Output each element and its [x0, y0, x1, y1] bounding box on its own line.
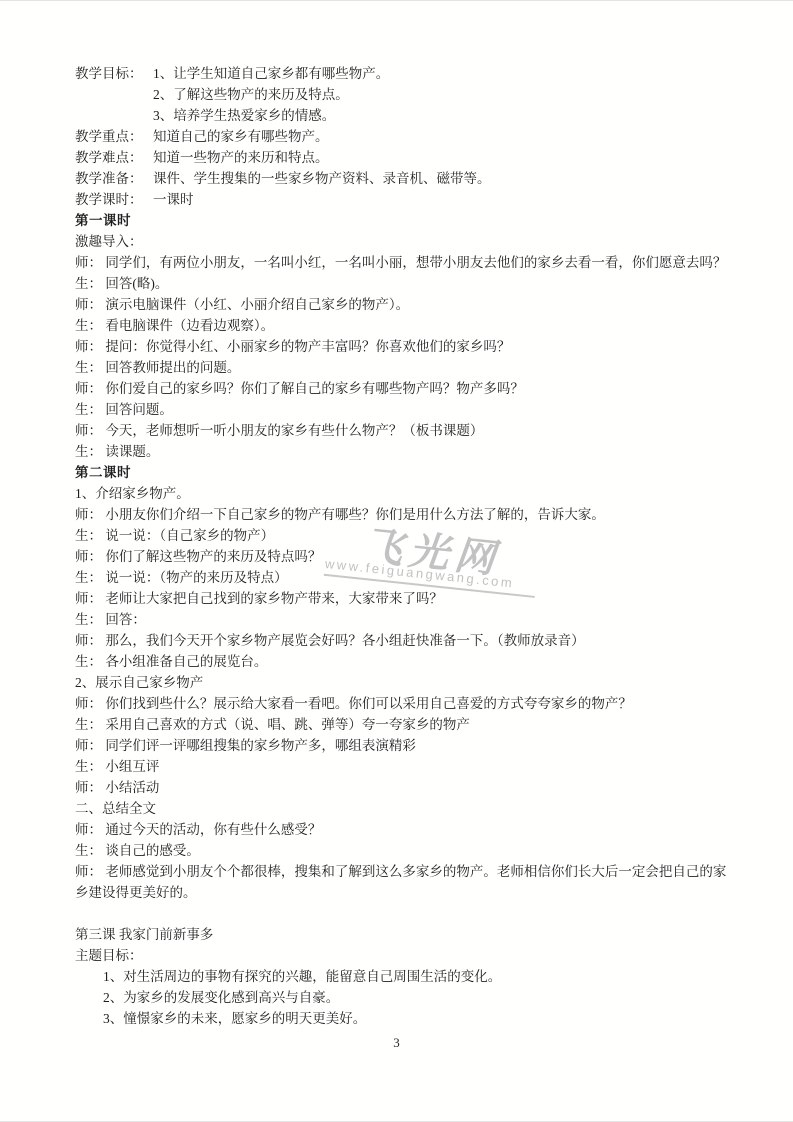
doc-line: 师： 同学们评一评哪组搜集的家乡物产多，哪组表演精彩: [75, 735, 737, 756]
doc-line: 教学课时：一课时: [75, 189, 737, 210]
doc-line: 生： 采用自己喜欢的方式（说、唱、跳、弹等）夸一夸家乡的物产: [75, 714, 737, 735]
field-label: [75, 105, 153, 126]
field-label: 教学课时：: [75, 189, 153, 210]
doc-line: 生： 说一说：（物产的来历及特点）: [75, 567, 737, 588]
doc-line: 教学准备：课件、学生搜集的一些家乡物产资料、录音机、磁带等。: [75, 168, 737, 189]
doc-line: 第三课 我家门前新事多: [75, 924, 737, 945]
doc-line: 2、了解这些物产的来历及特点。: [75, 84, 737, 105]
doc-line: 生： 谈自己的感受。: [75, 840, 737, 861]
doc-blank-line: [75, 903, 737, 924]
field-value: 知道一些物产的来历和特点。: [153, 147, 737, 168]
field-value: 知道自己的家乡有哪些物产。: [153, 126, 737, 147]
doc-line: 生： 各小组准备自己的展览台。: [75, 651, 737, 672]
field-label: [75, 84, 153, 105]
field-value: 1、让学生知道自己家乡都有哪些物产。: [153, 63, 737, 84]
doc-line: 师： 那么，我们今天开个家乡物产展览会好吗？各小组赶快准备一下。（教师放录音）: [75, 630, 737, 651]
doc-line: 师： 老师感觉到小朋友个个都很棒，搜集和了解到这么多家乡的物产。老师相信你们长大…: [75, 861, 737, 903]
doc-line: 师： 今天，老师想听一听小朋友的家乡有些什么物产？（板书课题）: [75, 420, 737, 441]
field-label: 教学准备：: [75, 168, 153, 189]
doc-line: 师： 你们爱自己的家乡吗？你们了解自己的家乡有哪些物产吗？物产多吗？: [75, 378, 737, 399]
doc-line: 生： 回答问题。: [75, 399, 737, 420]
doc-line: 2、展示自己家乡物产: [75, 672, 737, 693]
doc-line: 生： 说一说：（自己家乡的物产）: [75, 525, 737, 546]
doc-line: 师： 你们了解这些物产的来历及特点吗？: [75, 546, 737, 567]
doc-line: 生： 回答：: [75, 609, 737, 630]
doc-line: 1、对生活周边的事物有探究的兴趣，能留意自己周围生活的变化。: [75, 966, 737, 987]
doc-line: 生： 回答(略)。: [75, 273, 737, 294]
doc-line: 生： 看电脑课件（边看边观察）。: [75, 315, 737, 336]
field-label: 教学难点：: [75, 147, 153, 168]
doc-line: 教学难点：知道一些物产的来历和特点。: [75, 147, 737, 168]
doc-line: 3、培养学生热爱家乡的情感。: [75, 105, 737, 126]
doc-heading: 第一课时: [75, 210, 737, 231]
page-number: 3: [0, 1035, 793, 1051]
field-label: 教学目标：: [75, 63, 153, 84]
field-value: 2、了解这些物产的来历及特点。: [153, 84, 737, 105]
doc-line: 生： 回答教师提出的问题。: [75, 357, 737, 378]
doc-line: 教学目标：1、让学生知道自己家乡都有哪些物产。: [75, 63, 737, 84]
doc-line: 教学重点：知道自己的家乡有哪些物产。: [75, 126, 737, 147]
doc-line: 激趣导入：: [75, 231, 737, 252]
document-page: 飞光网 www.feiguangwang.com 教学目标：1、让学生知道自己家…: [0, 0, 793, 1122]
field-value: 3、培养学生热爱家乡的情感。: [153, 105, 737, 126]
doc-line: 1、介绍家乡物产。: [75, 483, 737, 504]
doc-line: 生： 小组互评: [75, 756, 737, 777]
doc-line: 3、憧憬家乡的未来，愿家乡的明天更美好。: [75, 1008, 737, 1029]
doc-line: 生： 读课题。: [75, 441, 737, 462]
doc-line: 主题目标：: [75, 945, 737, 966]
doc-line: 师： 演示电脑课件（小红、小丽介绍自己家乡的物产）。: [75, 294, 737, 315]
doc-line: 师： 同学们，有两位小朋友，一名叫小红，一名叫小丽，想带小朋友去他们的家乡去看一…: [75, 252, 737, 273]
field-value: 一课时: [153, 189, 737, 210]
doc-line: 师： 小朋友你们介绍一下自己家乡的物产有哪些？你们是用什么方法了解的，告诉大家。: [75, 504, 737, 525]
doc-line: 二、总结全文: [75, 798, 737, 819]
field-label: 教学重点：: [75, 126, 153, 147]
doc-heading: 第二课时: [75, 462, 737, 483]
doc-line: 师： 小结活动: [75, 777, 737, 798]
doc-line: 2、为家乡的发展变化感到高兴与自豪。: [75, 987, 737, 1008]
doc-line: 师： 你们找到些什么？展示给大家看一看吧。你们可以采用自己喜爱的方式夸夸家乡的物…: [75, 693, 737, 714]
doc-line: 师： 提问：你觉得小红、小丽家乡的物产丰富吗？你喜欢他们的家乡吗？: [75, 336, 737, 357]
field-value: 课件、学生搜集的一些家乡物产资料、录音机、磁带等。: [153, 168, 737, 189]
doc-line: 师： 老师让大家把自己找到的家乡物产带来，大家带来了吗？: [75, 588, 737, 609]
document-content: 教学目标：1、让学生知道自己家乡都有哪些物产。2、了解这些物产的来历及特点。3、…: [75, 63, 737, 1029]
doc-line: 师： 通过今天的活动，你有些什么感受？: [75, 819, 737, 840]
